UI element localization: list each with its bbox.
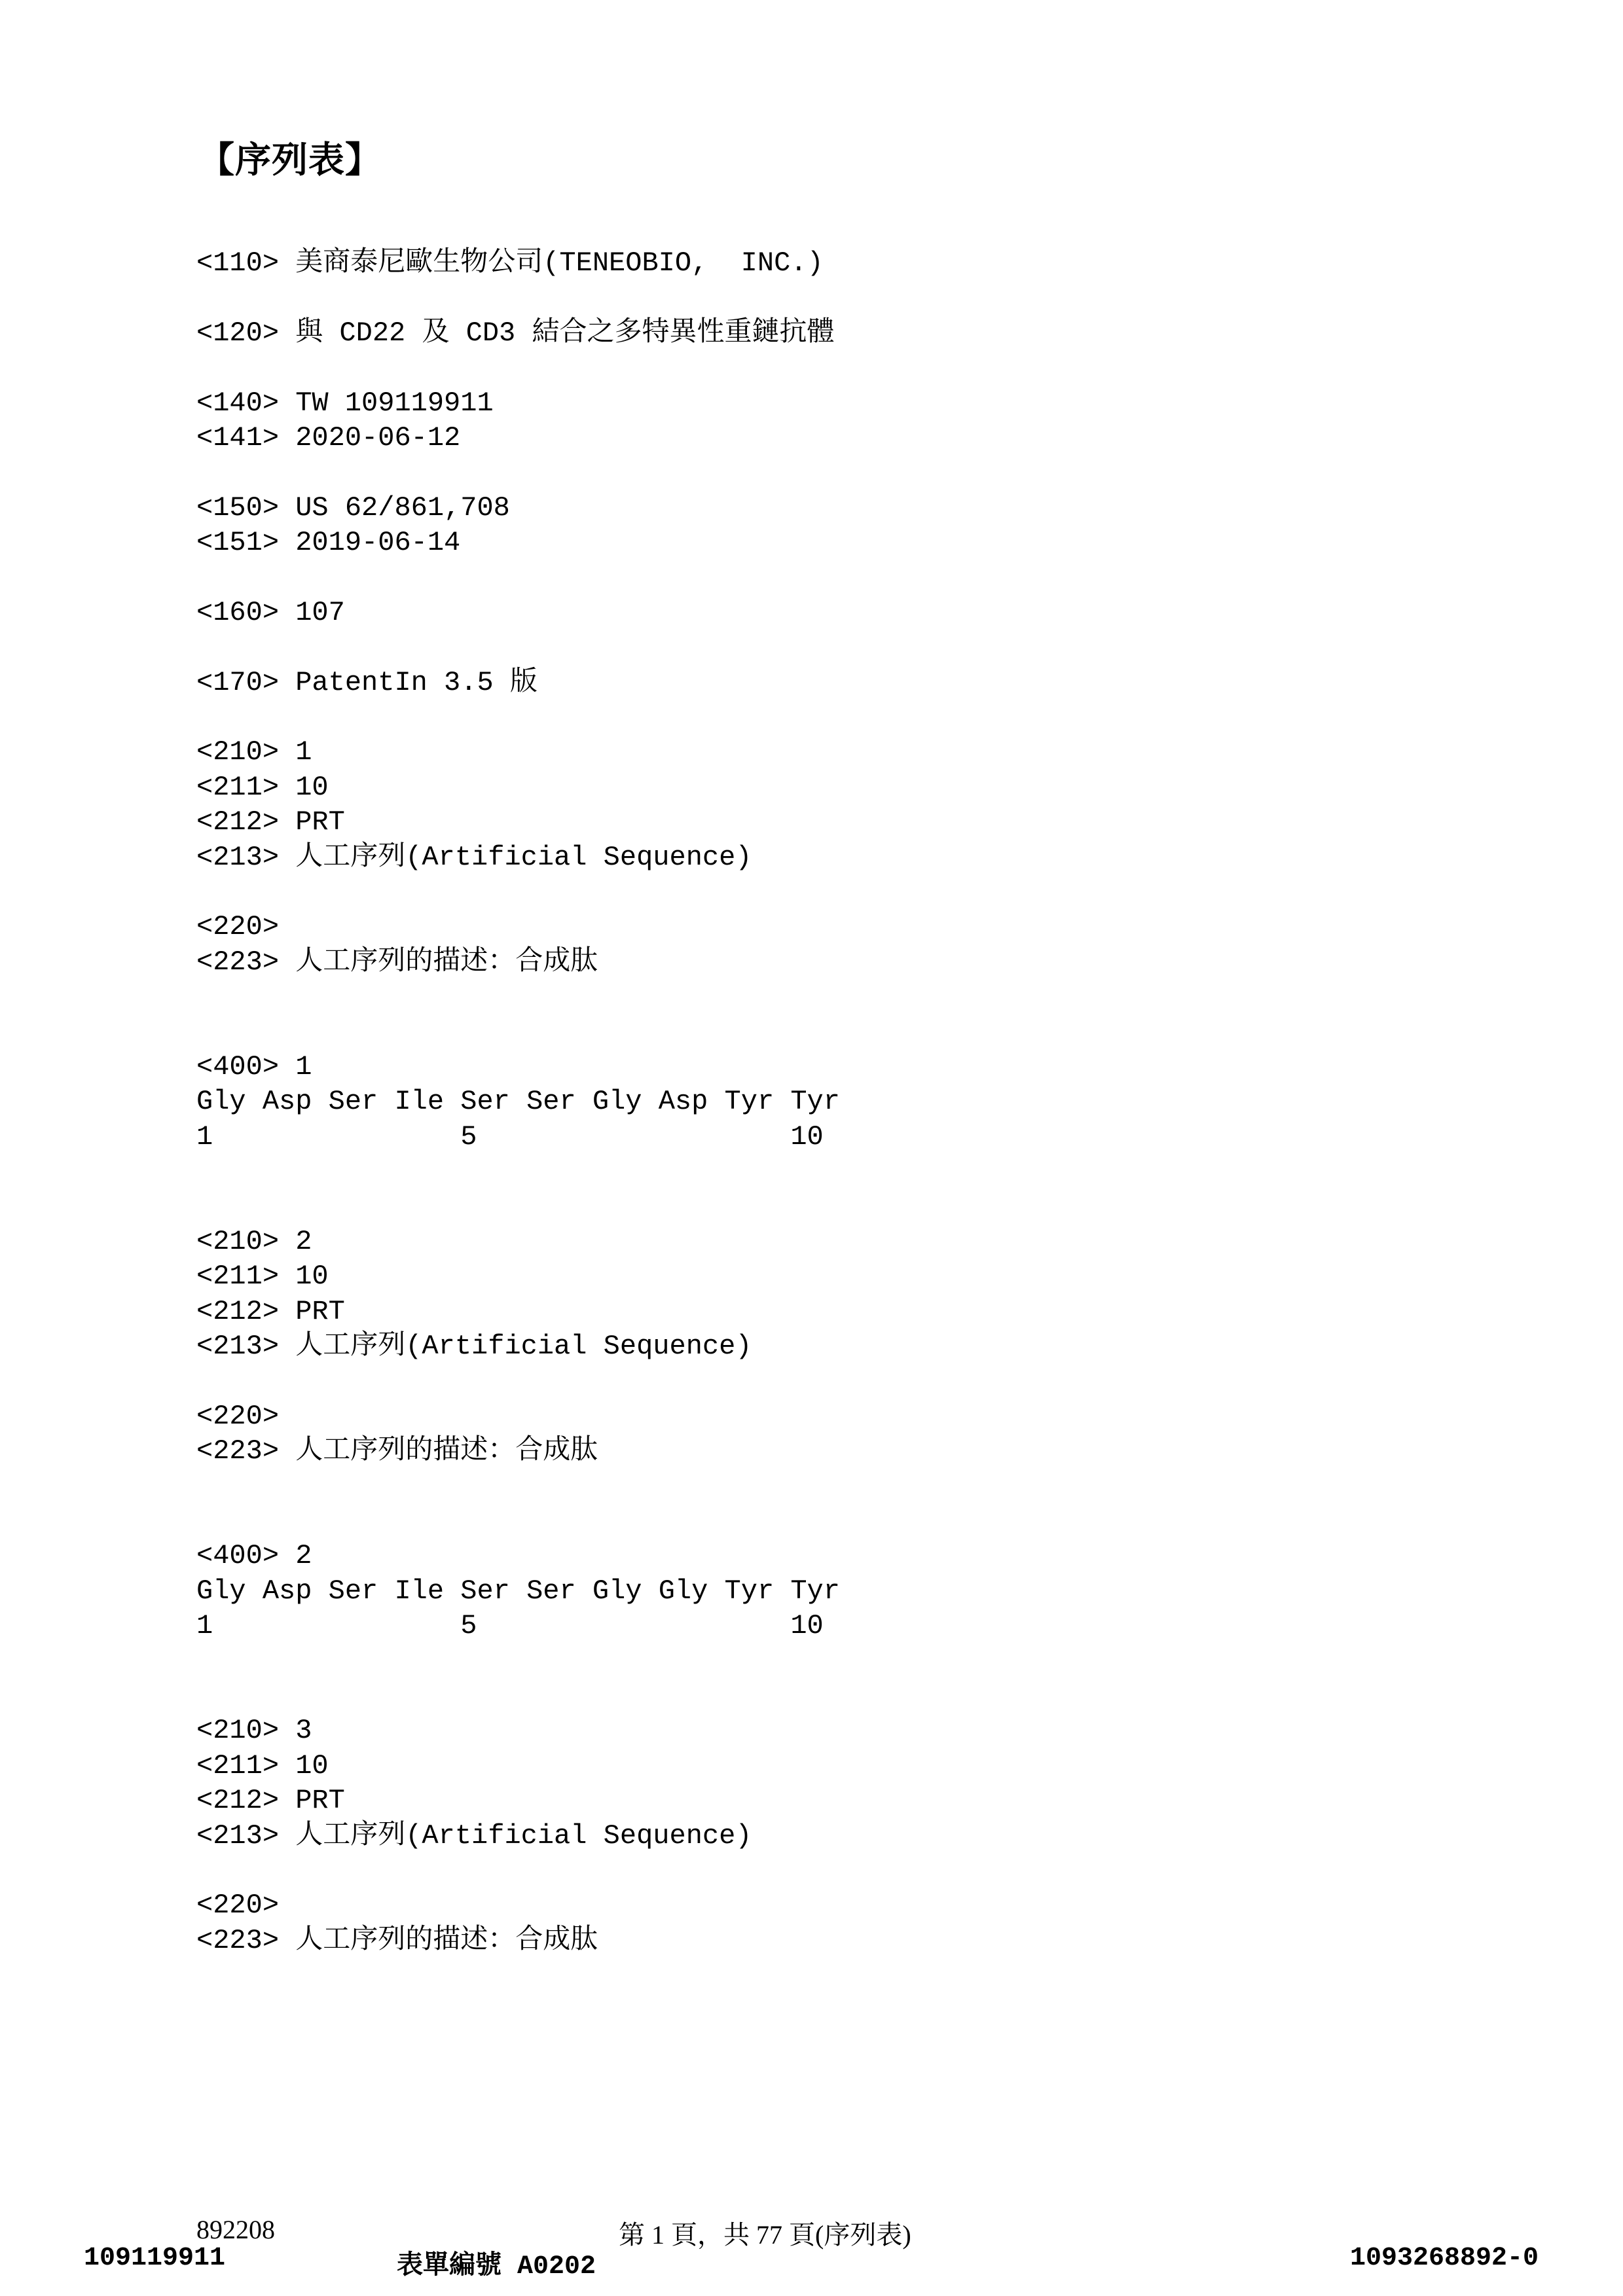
doc-line: 1 5 10 — [196, 1609, 840, 1643]
sequence-listing-page: 【序列表】 <110> 美商泰尼歐生物公司(TENEOBIO, INC.)<12… — [0, 0, 1623, 2296]
doc-line — [196, 1365, 840, 1399]
doc-line: <223> 人工序列的描述：合成肽 — [196, 1924, 840, 1958]
doc-line: <212> PRT — [196, 1295, 840, 1329]
doc-line: <220> — [196, 1888, 840, 1923]
doc-line: <212> PRT — [196, 1784, 840, 1818]
doc-line: <220> — [196, 910, 840, 944]
doc-line: <210> 2 — [196, 1225, 840, 1259]
doc-line — [196, 1644, 840, 1679]
doc-line: <110> 美商泰尼歐生物公司(TENEOBIO, INC.) — [196, 246, 840, 281]
doc-line: <140> TW 109119911 — [196, 386, 840, 421]
doc-line — [196, 875, 840, 910]
doc-line: Gly Asp Ser Ile Ser Ser Gly Gly Tyr Tyr — [196, 1574, 840, 1609]
doc-line — [196, 1679, 840, 1713]
doc-line — [196, 700, 840, 735]
doc-line: <213> 人工序列(Artificial Sequence) — [196, 840, 840, 875]
doc-line: 1 5 10 — [196, 1120, 840, 1155]
doc-line: Gly Asp Ser Ile Ser Ser Gly Asp Tyr Tyr — [196, 1085, 840, 1119]
doc-line — [196, 351, 840, 386]
doc-line: <160> 107 — [196, 596, 840, 630]
doc-line: <212> PRT — [196, 805, 840, 840]
doc-line: <151> 2019-06-14 — [196, 526, 840, 560]
doc-line — [196, 561, 840, 596]
footer-row-1: 892208 第 1 頁，共 77 頁(序列表) — [0, 2214, 1623, 2247]
doc-line — [196, 1155, 840, 1189]
doc-line: <170> PatentIn 3.5 版 — [196, 666, 840, 700]
doc-line: <220> — [196, 1399, 840, 1434]
doc-line — [196, 1469, 840, 1504]
doc-line: <223> 人工序列的描述：合成肽 — [196, 1434, 840, 1469]
doc-line: <213> 人工序列(Artificial Sequence) — [196, 1819, 840, 1854]
sequence-listing-body: <110> 美商泰尼歐生物公司(TENEOBIO, INC.)<120> 與 C… — [196, 246, 840, 1958]
doc-line: <120> 與 CD22 及 CD3 結合之多特異性重鏈抗體 — [196, 316, 840, 351]
doc-line: <223> 人工序列的描述：合成肽 — [196, 945, 840, 980]
doc-line: <400> 2 — [196, 1539, 840, 1573]
doc-line: <211> 10 — [196, 1259, 840, 1294]
doc-line — [196, 1015, 840, 1050]
doc-line: <400> 1 — [196, 1050, 840, 1085]
doc-line — [196, 630, 840, 665]
doc-line: <210> 1 — [196, 735, 840, 770]
doc-line: <211> 10 — [196, 770, 840, 805]
page-title: 【序列表】 — [198, 131, 382, 183]
doc-line: <213> 人工序列(Artificial Sequence) — [196, 1329, 840, 1364]
doc-line: <150> US 62/861,708 — [196, 491, 840, 526]
footer-doc-number: 892208 — [196, 2214, 275, 2245]
doc-line — [196, 1190, 840, 1225]
doc-line: <210> 3 — [196, 1713, 840, 1748]
doc-line — [196, 281, 840, 315]
doc-line — [196, 1854, 840, 1888]
doc-line — [196, 1504, 840, 1539]
footer-right-number: 1093268892-0 — [1350, 2244, 1539, 2273]
doc-line: <211> 10 — [196, 1749, 840, 1784]
doc-line: <141> 2020-06-12 — [196, 421, 840, 456]
footer-application-number: 109119911 — [84, 2244, 225, 2273]
doc-line — [196, 456, 840, 490]
footer-form-number: 表單編號 A0202 — [397, 2244, 596, 2282]
footer-row-2: 109119911 表單編號 A0202 1093268892-0 — [0, 2244, 1623, 2276]
doc-line — [196, 980, 840, 1014]
